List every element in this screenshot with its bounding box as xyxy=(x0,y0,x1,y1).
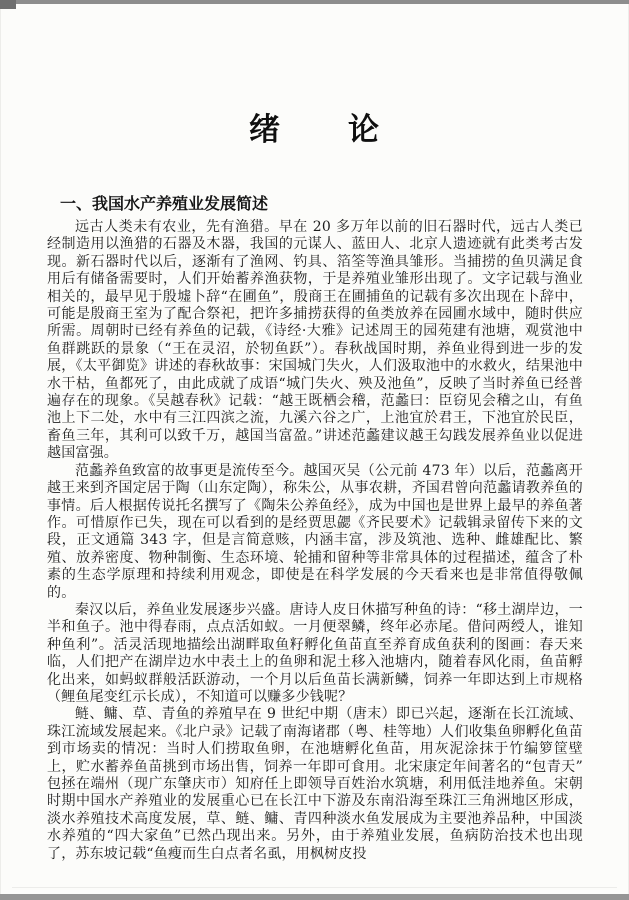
paragraph-4: 鲢、鳙、草、青鱼的养殖早在 9 世纪中期（唐末）即已兴起，逐渐在长江流域、珠江流… xyxy=(47,706,583,863)
paragraph-2: 范蠡养鱼致富的故事更是流传至今。越国灭吴（公元前 473 年）以后，范蠡离开越王… xyxy=(47,463,583,602)
body-text: 远古人类未有农业，先有渔猎。早在 20 多万年以前的旧石器时代，远古人类已经制造… xyxy=(47,219,583,863)
scanned-book-page: 绪 论 一、我国水产养殖业发展简述 远古人类未有农业，先有渔猎。早在 20 多万… xyxy=(0,0,629,900)
paragraph-3: 秦汉以后，养鱼业发展逐步兴盛。唐诗人皮日休描写种鱼的诗：“移土湖岸边，一半和鱼子… xyxy=(47,602,583,706)
page-content: 绪 论 一、我国水产养殖业发展简述 远古人类未有农业，先有渔猎。早在 20 多万… xyxy=(47,0,583,863)
section-heading: 一、我国水产养殖业发展简述 xyxy=(60,194,583,213)
paragraph-1: 远古人类未有农业，先有渔猎。早在 20 多万年以前的旧石器时代，远古人类已经制造… xyxy=(47,219,583,463)
page-title: 绪 论 xyxy=(47,0,583,149)
scan-corner-mark xyxy=(0,0,16,9)
scan-edge-bottom xyxy=(0,894,629,900)
scan-bottom-shadow xyxy=(12,887,617,888)
